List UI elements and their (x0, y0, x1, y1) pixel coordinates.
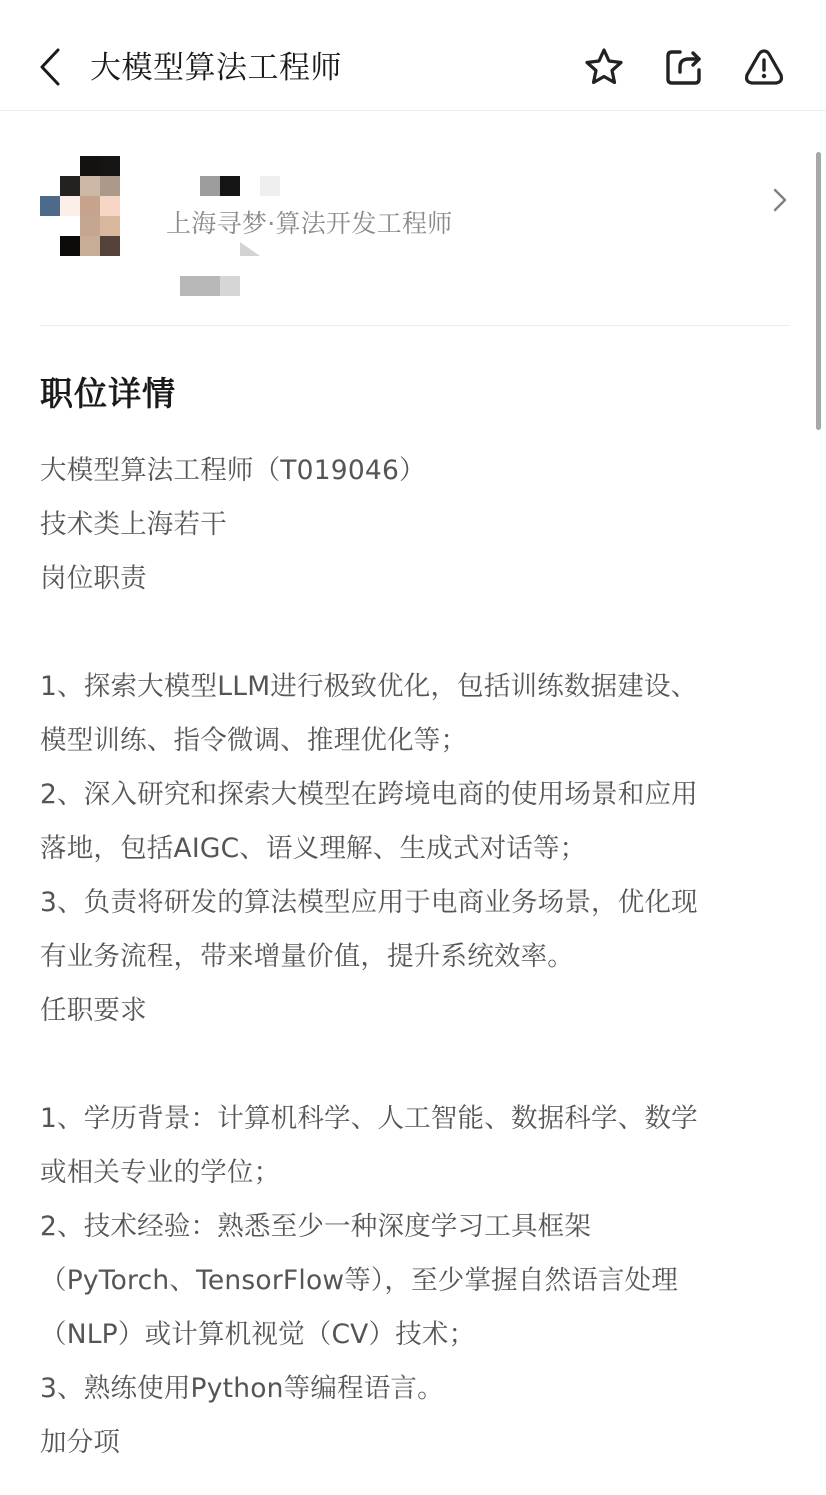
share-icon (662, 45, 706, 89)
company-position: 上海寻梦·算法开发工程师 (166, 206, 453, 242)
job-description: 大模型算法工程师（T019046） 技术类上海若干 岗位职责 1、探索大模型LL… (40, 444, 790, 1470)
share-button[interactable] (662, 45, 706, 89)
job-desc-line (40, 1038, 790, 1092)
recruiter-profile-card[interactable]: 上海寻梦·算法开发工程师 (40, 150, 790, 326)
back-button[interactable] (36, 46, 68, 88)
status-tag-redacted (180, 276, 240, 296)
job-desc-line: 3、熟练使用Python等编程语言。 (40, 1362, 790, 1416)
job-desc-line: 落地，包括AIGC、语义理解、生成式对话等； (40, 822, 790, 876)
star-icon (582, 45, 626, 89)
job-desc-line: （NLP）或计算机视觉（CV）技术； (40, 1308, 790, 1362)
report-button[interactable] (742, 45, 786, 89)
favorite-button[interactable] (582, 45, 626, 89)
page-title: 大模型算法工程师 (90, 48, 342, 88)
job-desc-line: 岗位职责 (40, 552, 790, 606)
job-desc-line: 大模型算法工程师（T019046） (40, 444, 790, 498)
job-desc-line: 或相关专业的学位； (40, 1146, 790, 1200)
job-desc-line: 2、技术经验：熟悉至少一种深度学习工具框架 (40, 1200, 790, 1254)
job-desc-line: 2、深入研究和探索大模型在跨境电商的使用场景和应用 (40, 768, 790, 822)
scrollbar[interactable] (816, 152, 821, 430)
job-desc-line: （PyTorch、TensorFlow等），至少掌握自然语言处理 (40, 1254, 790, 1308)
job-desc-line: 任职要求 (40, 984, 790, 1038)
chevron-right-icon (770, 186, 790, 214)
job-desc-line: 有业务流程，带来增量价值，提升系统效率。 (40, 930, 790, 984)
report-warning-icon (742, 45, 786, 89)
avatar (40, 156, 120, 256)
job-desc-line (40, 606, 790, 660)
section-title-job-detail: 职位详情 (40, 372, 176, 416)
job-desc-line: 3、负责将研发的算法模型应用于电商业务场景，优化现 (40, 876, 790, 930)
redacted-mark (240, 242, 260, 256)
job-desc-line: 模型训练、指令微调、推理优化等； (40, 714, 790, 768)
recruiter-name-redacted (180, 176, 280, 196)
job-desc-line: 加分项 (40, 1416, 790, 1470)
job-desc-line: 1、探索大模型LLM进行极致优化，包括训练数据建设、 (40, 660, 790, 714)
back-icon (36, 46, 68, 88)
job-desc-line: 技术类上海若干 (40, 498, 790, 552)
top-nav-bar: 大模型算法工程师 (0, 0, 826, 111)
job-desc-line: 1、学历背景：计算机科学、人工智能、数据科学、数学 (40, 1092, 790, 1146)
